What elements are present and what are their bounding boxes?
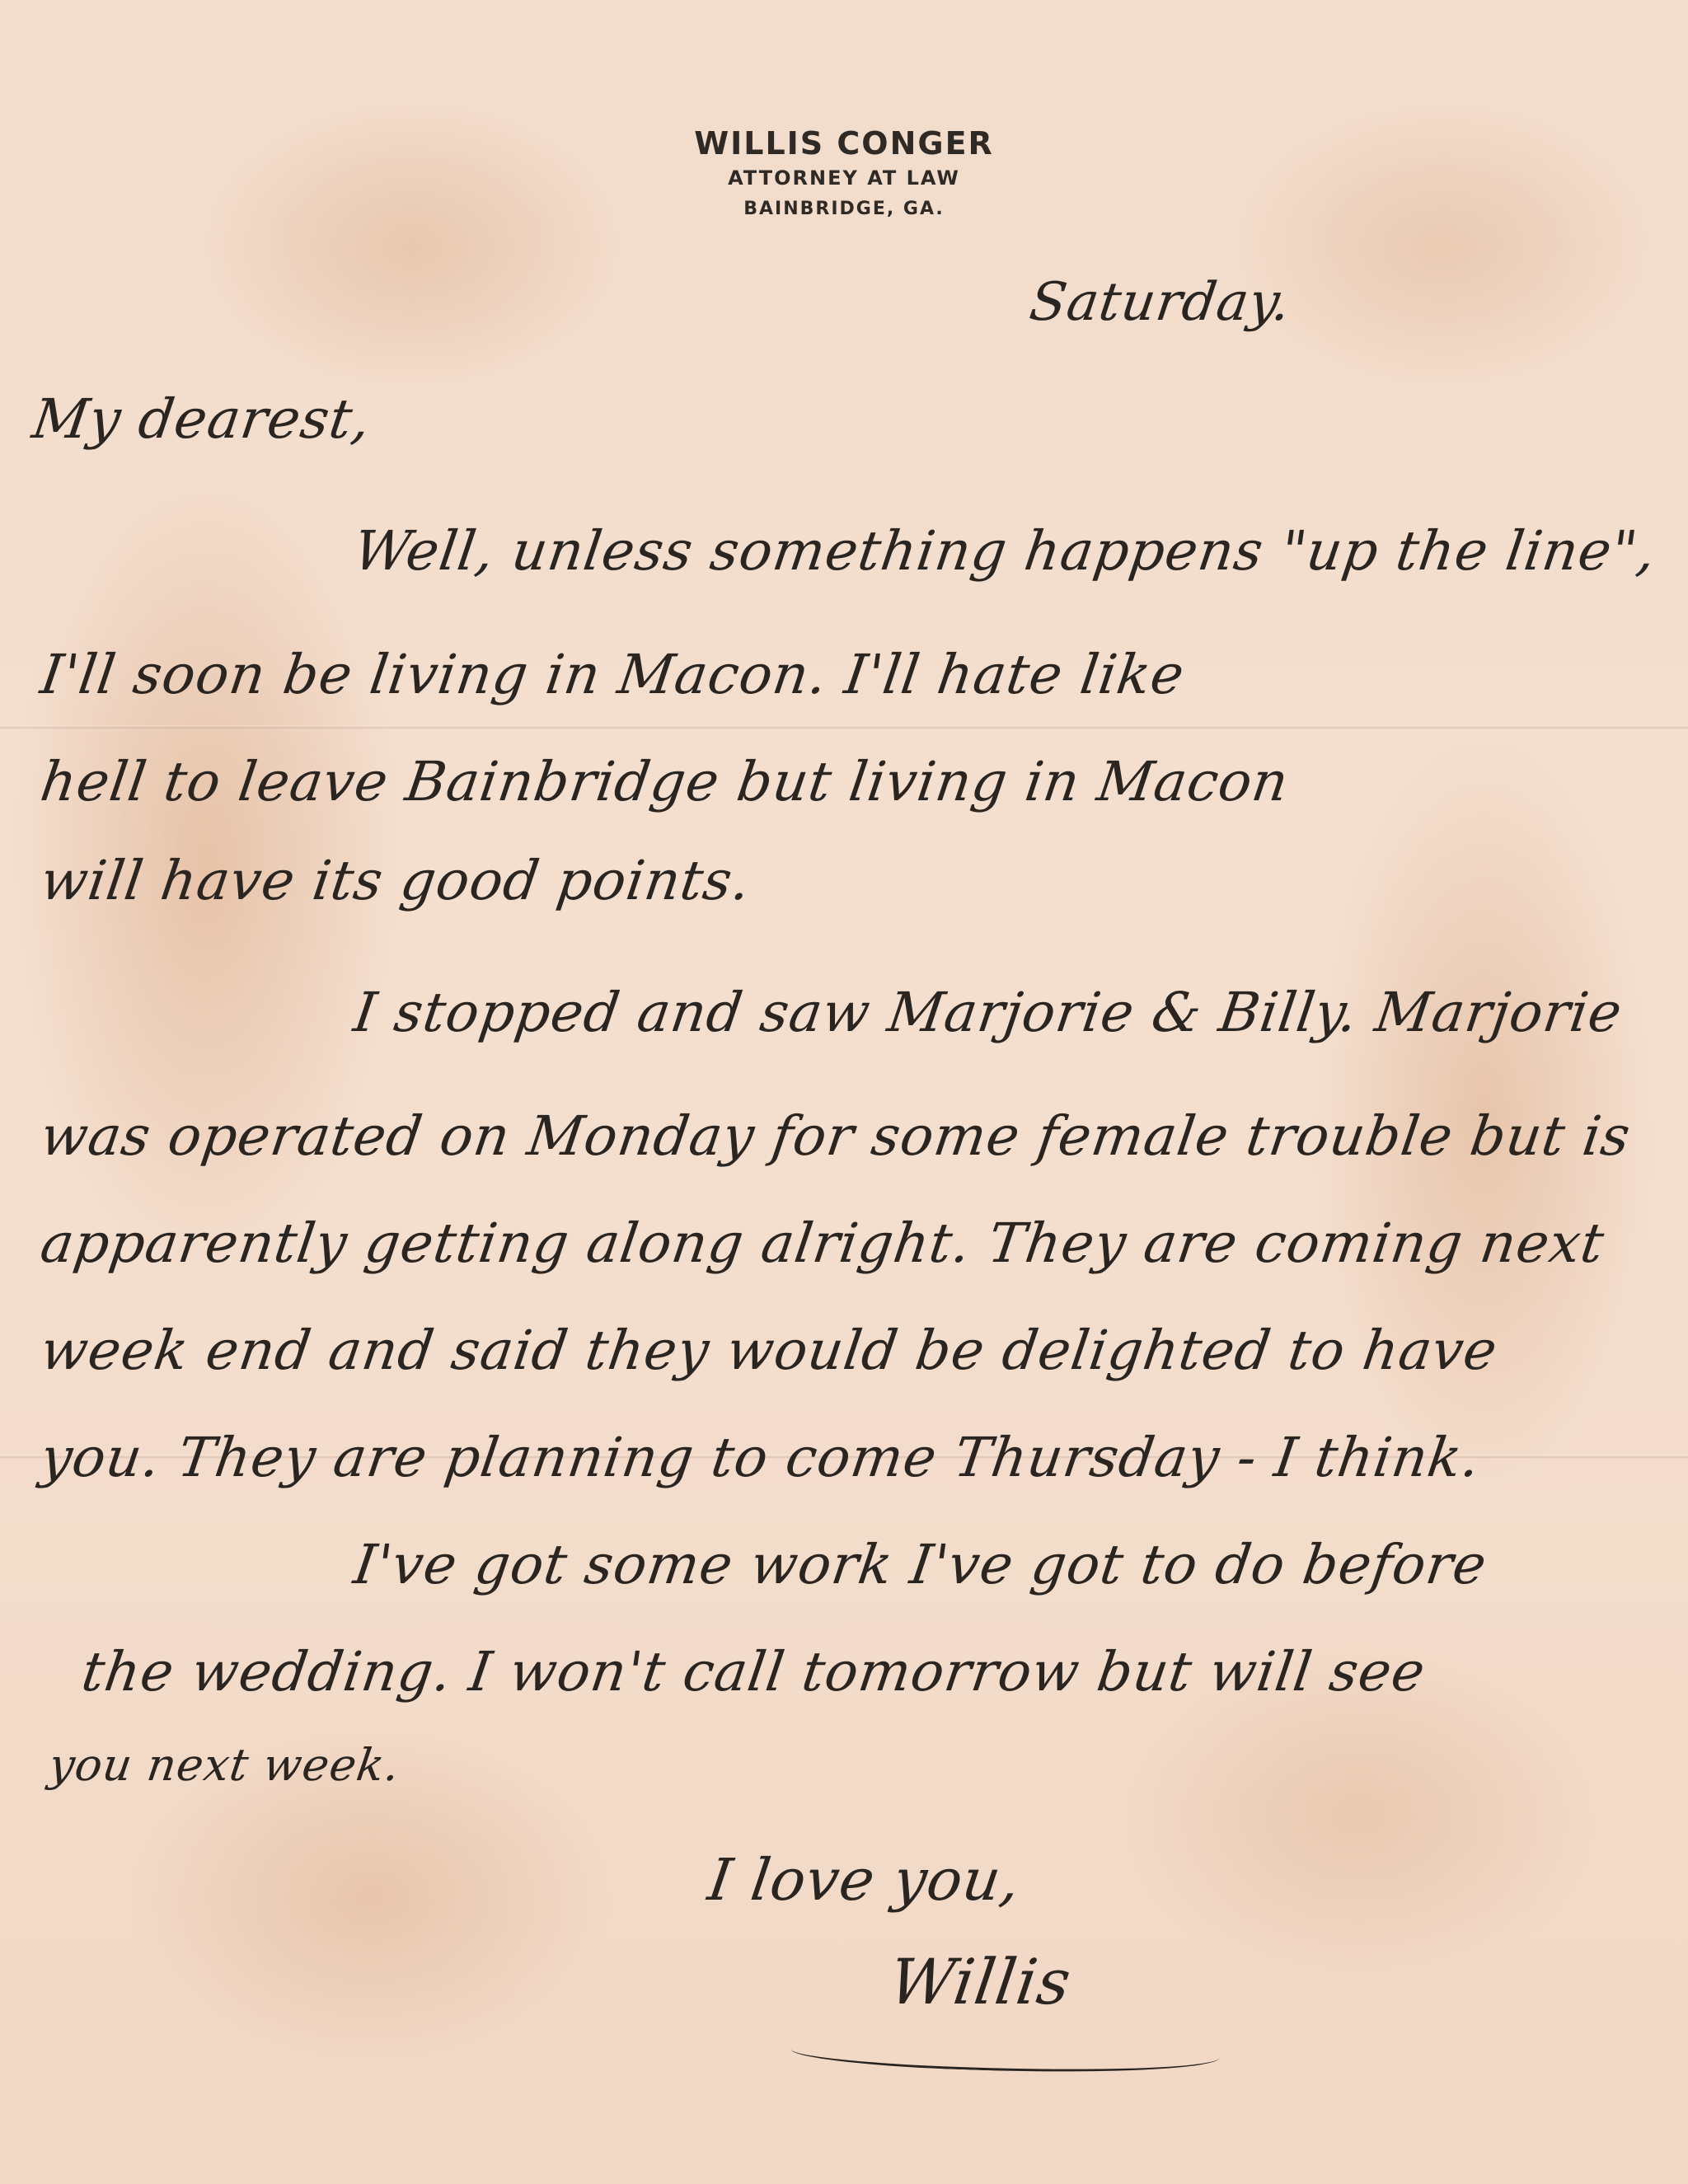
letter-line: I've got some work I've got to do before (350, 1533, 1491, 1596)
letter-salutation: My dearest, (29, 387, 375, 451)
letter-closing: I love you, (704, 1846, 1025, 1914)
letterhead-title: ATTORNEY AT LAW (0, 163, 1688, 193)
letterhead-name: WILLIS CONGER (0, 124, 1688, 163)
letter-line: hell to leave Bainbridge but living in M… (37, 750, 1293, 813)
letter-line: week end and said they would be delighte… (37, 1319, 1502, 1382)
letter-signature: Willis (885, 1945, 1076, 2018)
letter-line: I'll soon be living in Macon. I'll hate … (37, 643, 1189, 706)
letter-page: WILLIS CONGER ATTORNEY AT LAW BAINBRIDGE… (0, 0, 1688, 2184)
letter-line: you. They are planning to come Thursday … (37, 1426, 1484, 1489)
letter-date: Saturday. (1026, 272, 1295, 333)
letter-line: you next week. (46, 1739, 404, 1791)
letterhead: WILLIS CONGER ATTORNEY AT LAW BAINBRIDGE… (0, 124, 1688, 226)
signature-flourish (790, 2028, 1220, 2079)
letter-line: the wedding. I won't call tomorrow but w… (78, 1640, 1430, 1704)
letter-line: I stopped and saw Marjorie & Billy. Marj… (350, 981, 1626, 1044)
paper-fold-line (0, 725, 1688, 730)
letter-line: Well, unless something happens "up the l… (350, 519, 1661, 583)
letter-line: will have its good points. (37, 849, 755, 912)
letter-line: was operated on Monday for some female t… (37, 1104, 1635, 1168)
letterhead-location: BAINBRIDGE, GA. (0, 193, 1688, 226)
letter-line: apparently getting along alright. They a… (37, 1212, 1609, 1275)
